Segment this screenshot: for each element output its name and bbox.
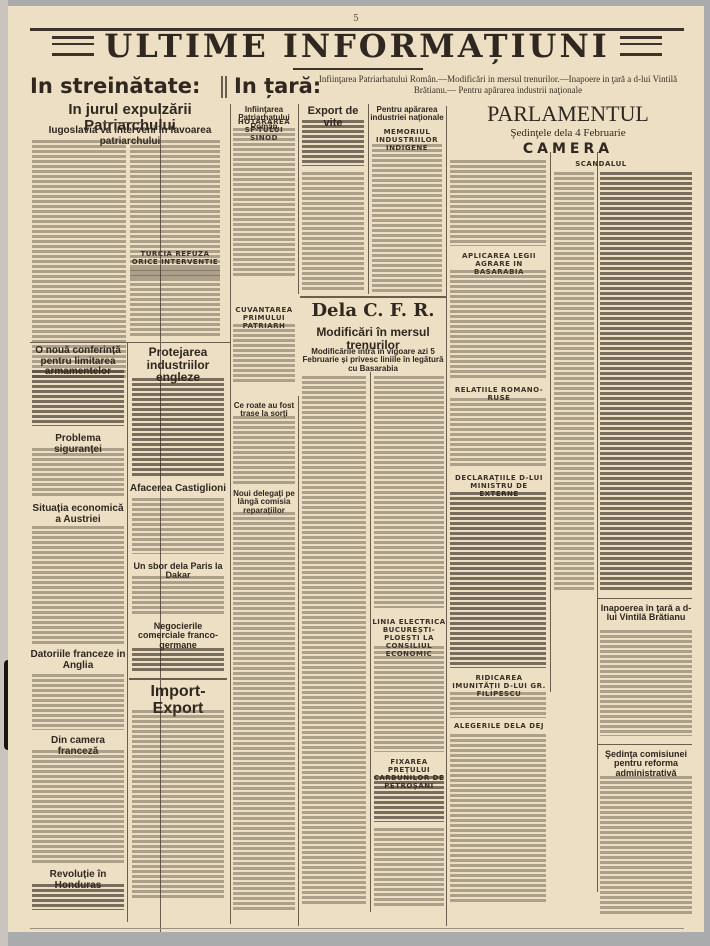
headline-industry-defense: Pentru apărarea industriei naţionale bbox=[369, 106, 445, 123]
article-body bbox=[302, 172, 364, 292]
article-body bbox=[32, 448, 124, 498]
article-body bbox=[302, 120, 364, 166]
article-body bbox=[132, 648, 224, 672]
headline-admin-reform: Şedinţa comisiunei pentru reforma admini… bbox=[598, 750, 694, 778]
headline-cfr: Dela C. F. R. bbox=[300, 302, 446, 321]
newspaper-page: 5 ULTIME INFORMAȚIUNI In streinătate: In… bbox=[8, 6, 704, 932]
masthead: ULTIME INFORMAȚIUNI bbox=[30, 30, 684, 62]
headline-bratianu-return: Inapoerea în ţară a d-lui Vintilă Brătia… bbox=[598, 604, 694, 623]
subhead-sessions: Şedinţele dela 4 Februarie bbox=[448, 128, 688, 140]
article-body bbox=[233, 128, 295, 278]
headline-parliament: PARLAMENTUL bbox=[448, 102, 688, 125]
divider bbox=[598, 744, 692, 745]
headline-chamber: CAMERA bbox=[448, 142, 688, 157]
subhead-dej-elections: ALEGERILE DELA DEJ bbox=[450, 722, 548, 730]
subhead-turkey: TURCIA REFUZA ORICE INTERVENTIE bbox=[130, 250, 220, 266]
col-divider bbox=[298, 396, 299, 926]
article-body bbox=[372, 144, 442, 294]
masthead-ornament-left bbox=[52, 36, 94, 56]
article-body bbox=[554, 172, 594, 592]
col-divider bbox=[127, 342, 128, 922]
divider bbox=[129, 678, 227, 680]
subhead-scandal: SCANDALUL bbox=[552, 160, 650, 168]
page-number: 5 bbox=[8, 14, 704, 24]
article-body bbox=[32, 750, 124, 864]
article-body bbox=[233, 324, 295, 384]
article-body bbox=[32, 370, 124, 426]
article-body bbox=[374, 646, 444, 752]
article-body bbox=[32, 884, 124, 910]
divider bbox=[598, 598, 692, 599]
article-body bbox=[600, 172, 692, 592]
col-divider bbox=[370, 372, 371, 912]
article-body bbox=[600, 776, 692, 916]
article-body bbox=[32, 674, 124, 730]
scan-edge bbox=[0, 0, 8, 946]
headline-franco-german: Negocierile comerciale franco-germane bbox=[129, 622, 227, 650]
article-body bbox=[132, 710, 224, 900]
article-body bbox=[233, 416, 295, 484]
article-body bbox=[233, 512, 295, 912]
headline-castiglioni: Afacerea Castiglioni bbox=[129, 484, 227, 495]
divider bbox=[103, 122, 143, 123]
headline-austria: Situația economică a Austriei bbox=[30, 504, 126, 525]
col-divider bbox=[446, 106, 447, 926]
article-body bbox=[450, 692, 546, 718]
col-divider bbox=[298, 104, 299, 294]
article-body bbox=[132, 576, 224, 616]
article-body bbox=[450, 160, 546, 246]
col-divider bbox=[550, 152, 551, 692]
section-foreign: In streinătate: bbox=[30, 74, 200, 98]
article-body bbox=[600, 630, 692, 736]
article-body bbox=[132, 498, 224, 554]
section-divider bbox=[221, 76, 223, 98]
article-body bbox=[374, 376, 444, 608]
article-body bbox=[450, 398, 546, 468]
col-divider bbox=[597, 152, 598, 892]
domestic-summary: Infiinţarea Patriarhatului Român.—Modifi… bbox=[308, 74, 688, 96]
divider bbox=[300, 296, 446, 298]
title-ornament bbox=[293, 68, 423, 70]
masthead-title: ULTIME INFORMAȚIUNI bbox=[104, 27, 609, 65]
article-body bbox=[130, 268, 220, 336]
section-divider bbox=[225, 76, 227, 98]
article-body bbox=[374, 776, 444, 822]
article-body bbox=[132, 378, 224, 478]
article-body bbox=[32, 140, 126, 380]
divider bbox=[30, 342, 230, 343]
subhead-train-schedule: Modificările intră în vigoare azi 5 Febr… bbox=[300, 348, 446, 373]
article-body bbox=[374, 828, 444, 908]
masthead-ornament-right bbox=[620, 36, 662, 56]
article-body bbox=[450, 270, 546, 380]
article-body bbox=[450, 492, 546, 668]
article-body bbox=[450, 734, 546, 904]
article-body bbox=[32, 526, 124, 644]
headline-french-debts: Datoriile franceze in Anglia bbox=[30, 650, 126, 671]
article-body bbox=[302, 376, 366, 906]
bottom-rule bbox=[30, 928, 684, 929]
